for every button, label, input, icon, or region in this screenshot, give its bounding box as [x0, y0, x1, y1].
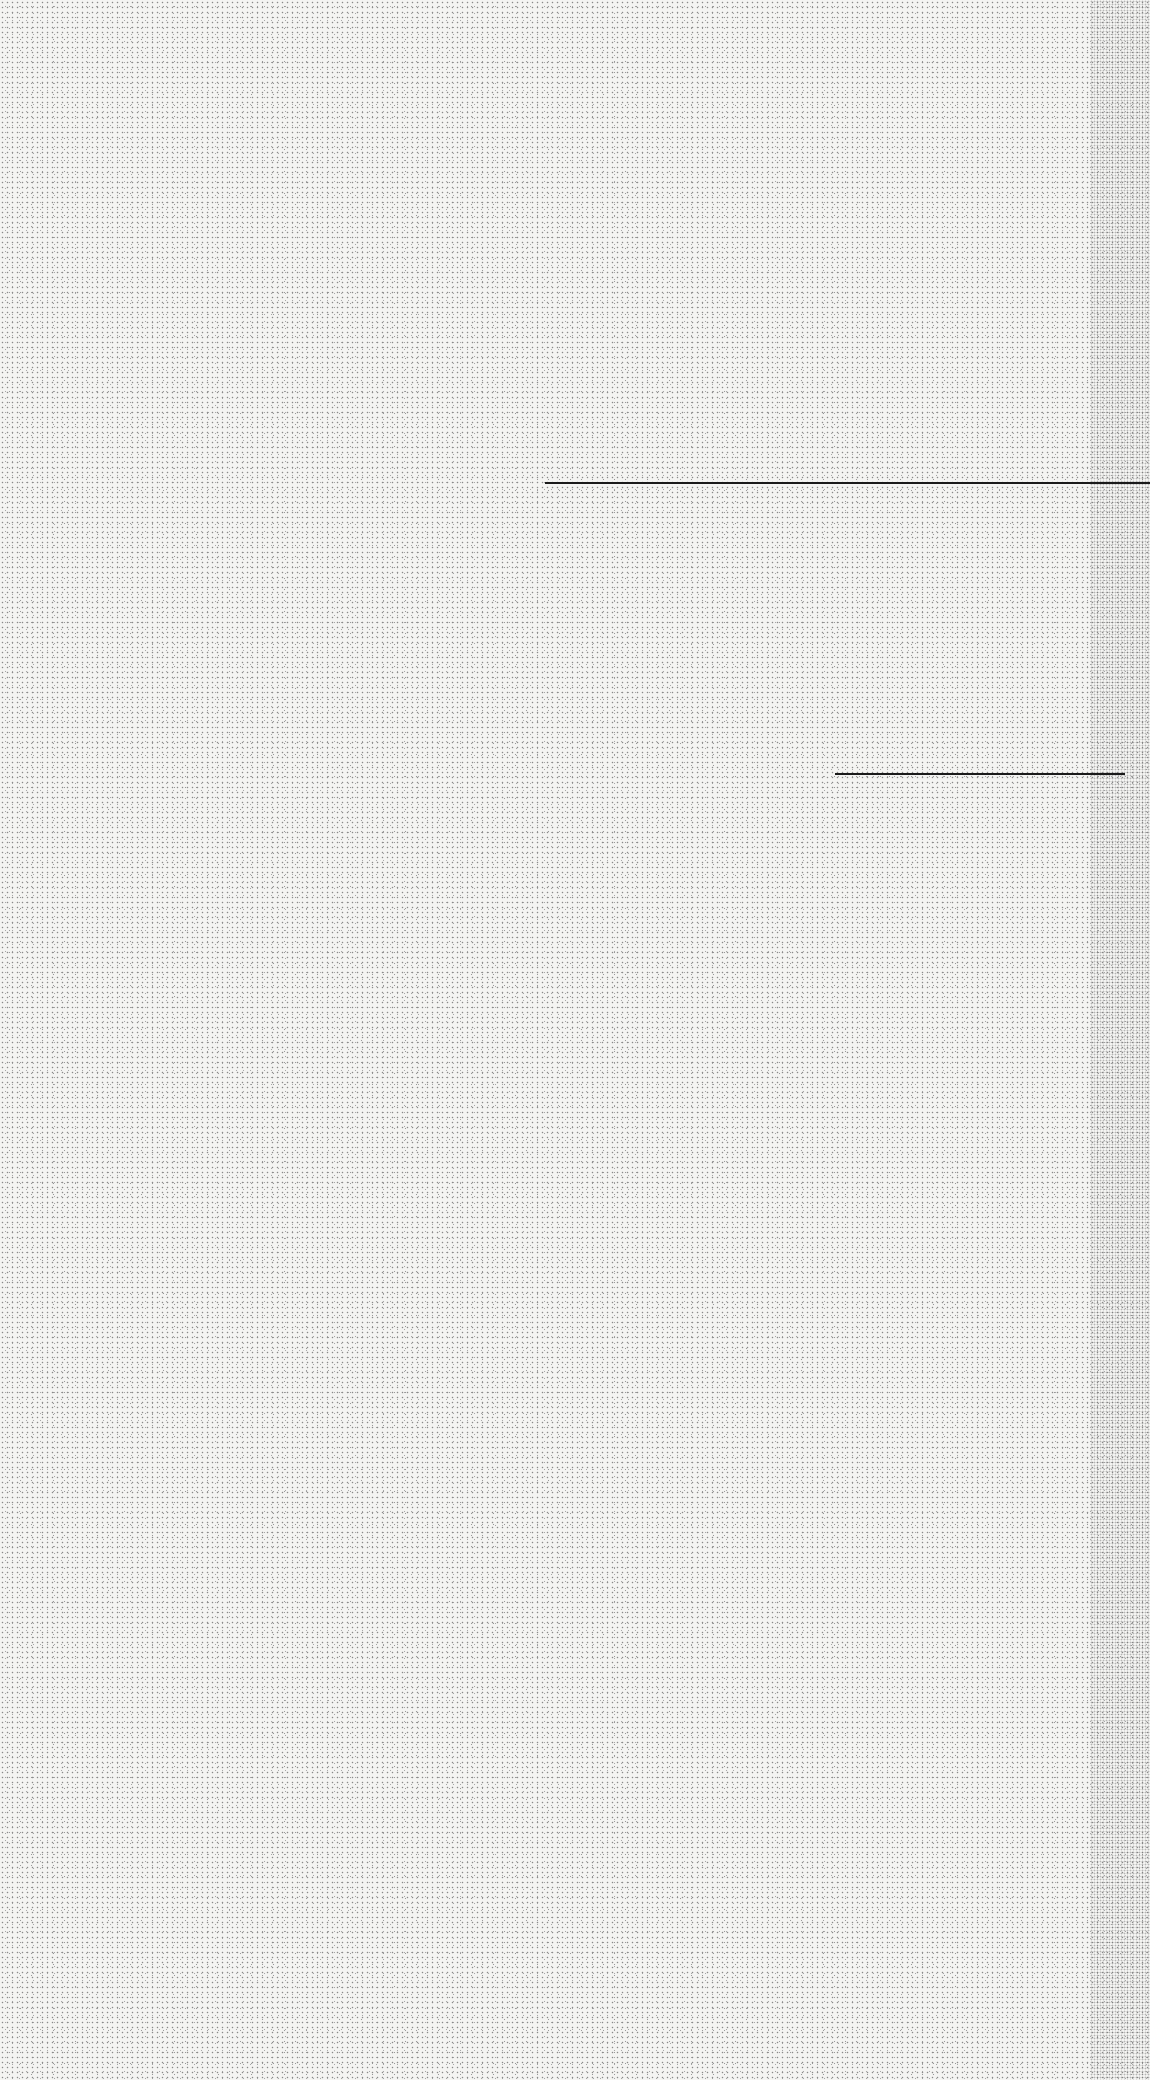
- fill-line-groom: [545, 482, 1150, 484]
- intro-line-1: [120, 200, 124, 234]
- fill-line-bride: [835, 773, 1125, 775]
- page-edge-shading: [1090, 0, 1150, 2080]
